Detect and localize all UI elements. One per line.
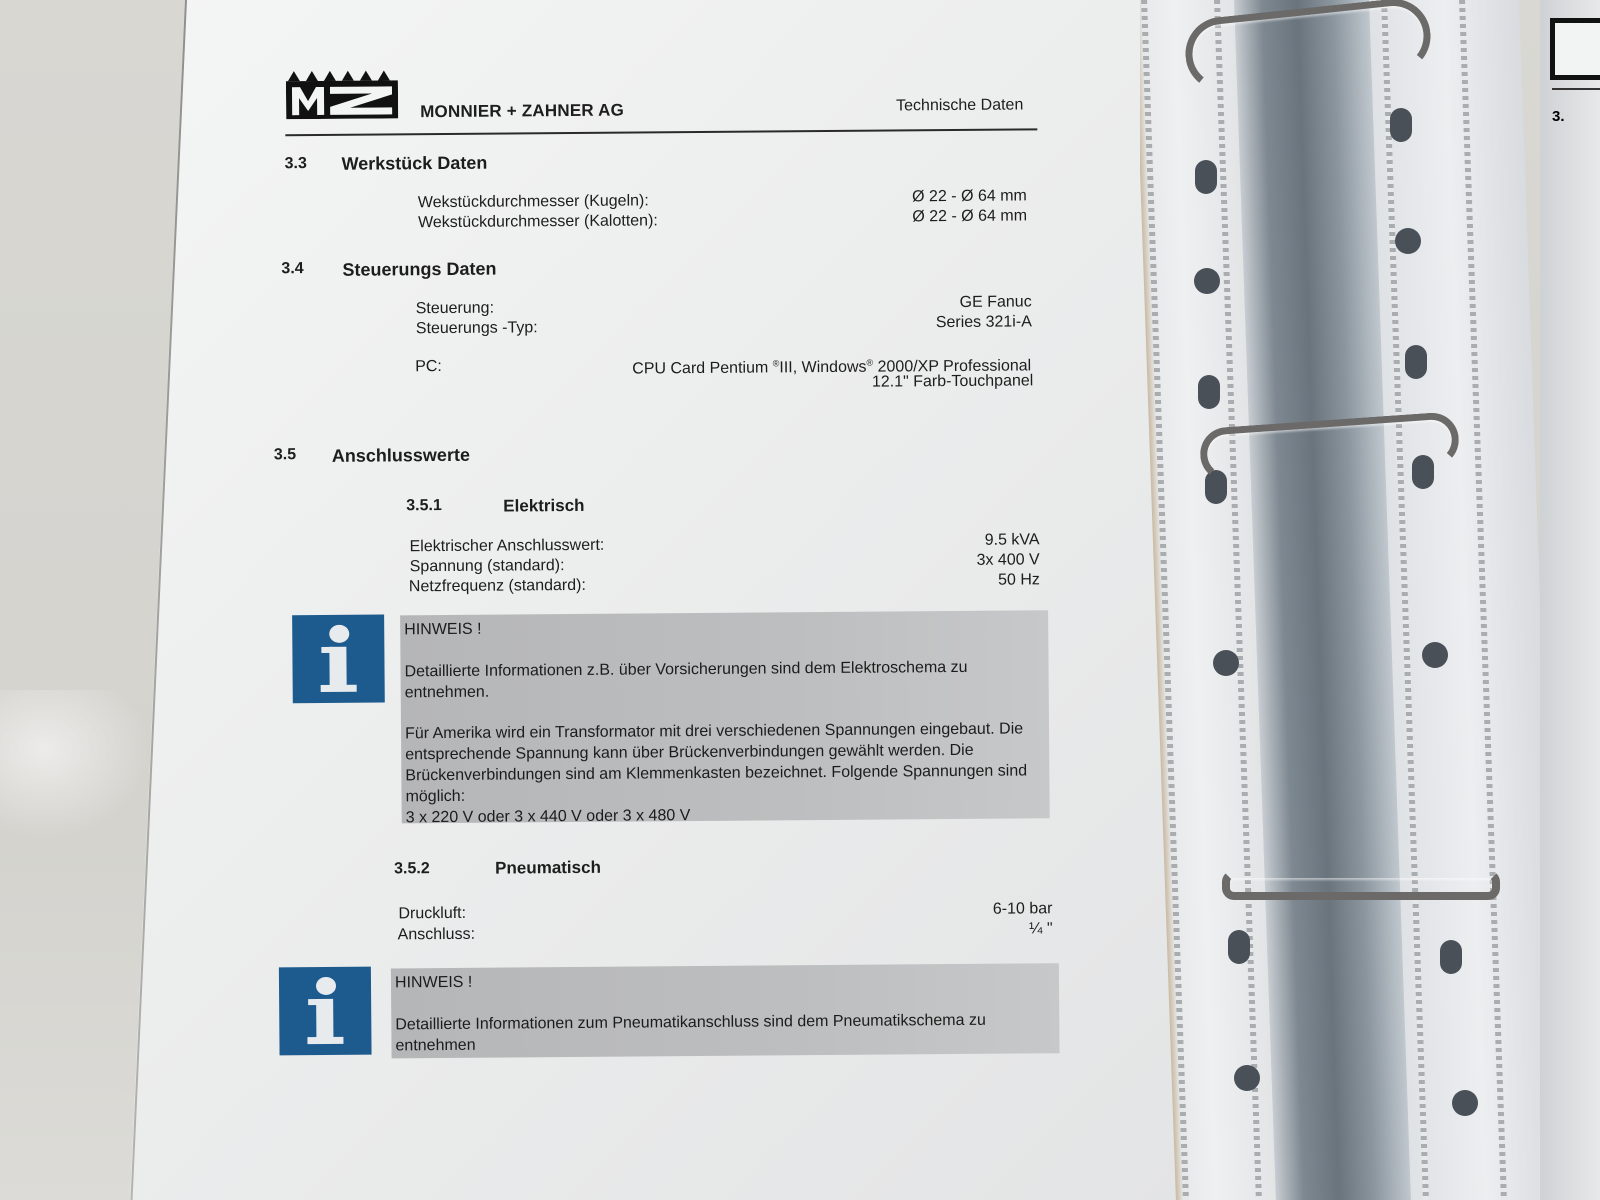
document-title: Technische Daten — [896, 96, 1023, 115]
punch-hole — [1194, 268, 1220, 294]
spec-label: Steuerung: — [416, 299, 494, 320]
punch-hole — [1395, 228, 1421, 254]
punch-hole — [1390, 108, 1412, 142]
header-divider — [285, 128, 1037, 136]
section-title: Anschlusswerte — [332, 445, 470, 467]
subsection-number: 3.5.2 — [394, 860, 430, 878]
info-icon — [279, 967, 372, 1056]
punch-hole — [1452, 1090, 1478, 1116]
spec-label: Steuerungs -Typ: — [416, 318, 538, 339]
punch-hole — [1228, 930, 1250, 964]
spec-value: 6-10 bar — [993, 899, 1053, 919]
spec-value: GE Fanuc — [960, 292, 1032, 313]
note-text: Detaillierte Informationen z.B. über Vor… — [404, 656, 1044, 703]
spec-value: Ø 22 - Ø 64 mm — [912, 186, 1027, 207]
next-page-logo — [1550, 18, 1600, 80]
spec-value: ¼ " — [1029, 919, 1053, 939]
punch-hole — [1440, 940, 1462, 974]
binder-ring — [1222, 870, 1500, 900]
spec-label: Elektrischer Anschlusswert: — [409, 536, 604, 558]
section-number: 3.5 — [274, 446, 296, 464]
spec-value: Ø 22 - Ø 64 mm — [912, 206, 1027, 227]
subsection-title: Elektrisch — [503, 496, 584, 517]
facing-page — [1540, 0, 1600, 1200]
section-number: 3.4 — [281, 260, 303, 278]
subsection-title: Pneumatisch — [495, 858, 601, 879]
binder-rings — [1140, 0, 1600, 1200]
next-page-section-number: 3. — [1552, 108, 1565, 125]
note-heading: HINWEIS ! — [395, 967, 1055, 993]
mz-logo-icon — [286, 68, 398, 119]
spec-label: Wekstückdurchmesser (Kugeln): — [418, 191, 649, 213]
section-title: Steuerungs Daten — [342, 259, 496, 281]
spec-label: Druckluft: — [398, 904, 466, 925]
punch-hole — [1422, 642, 1448, 668]
spec-label: Spannung (standard): — [410, 556, 565, 577]
punch-hole — [1405, 345, 1427, 379]
section-title: Werkstück Daten — [341, 153, 487, 175]
punch-hole — [1234, 1065, 1260, 1091]
note-heading: HINWEIS ! — [404, 614, 1044, 640]
punch-hole — [1195, 160, 1217, 194]
spec-label: Netzfrequenz (standard): — [409, 576, 586, 597]
section-number: 3.3 — [284, 155, 306, 173]
note-text: Für Amerika wird ein Transformator mit d… — [405, 718, 1046, 807]
pc-value-line2: 12.1" Farb-Touchpanel — [872, 371, 1033, 392]
spec-value: 3x 400 V — [976, 550, 1039, 570]
next-page-divider — [1552, 88, 1600, 90]
subsection-number: 3.5.1 — [406, 497, 442, 515]
company-name: MONNIER + ZAHNER AG — [420, 101, 624, 123]
note-box-pneumatic: HINWEIS ! Detaillierte Informationen zum… — [391, 963, 1060, 1058]
punch-hole — [1198, 375, 1220, 409]
spec-label: Anschluss: — [398, 925, 476, 946]
pc-label: PC: — [415, 357, 442, 377]
punch-hole — [1213, 650, 1239, 676]
spec-value: 50 Hz — [998, 570, 1040, 590]
note-text: 3 x 220 V oder 3 x 440 V oder 3 x 480 V — [406, 802, 1046, 828]
note-text: Detaillierte Informationen zum Pneumatik… — [395, 1009, 1055, 1056]
spec-value: 9.5 kVA — [985, 530, 1040, 550]
spec-value: Series 321i-A — [936, 312, 1032, 333]
spec-label: Wekstückdurchmesser (Kalotten): — [418, 211, 658, 233]
info-icon — [292, 614, 385, 703]
note-box-electrical: HINWEIS ! Detaillierte Informationen z.B… — [400, 610, 1050, 823]
